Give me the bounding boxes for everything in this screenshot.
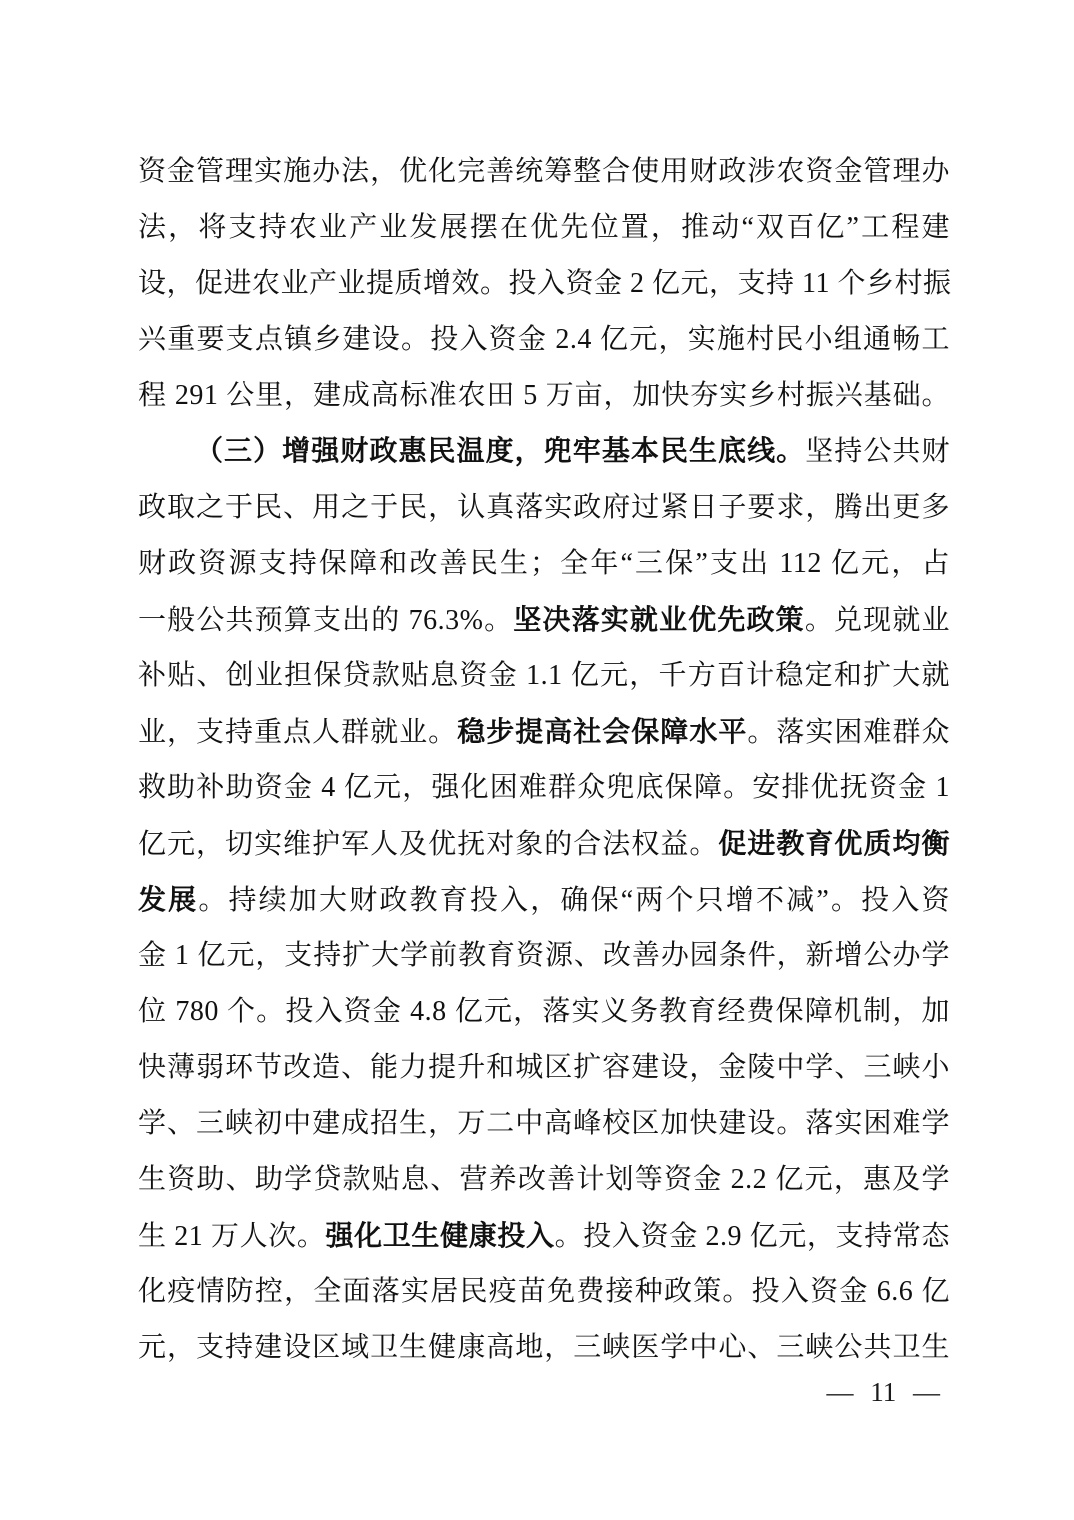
body-text: 快薄弱环节改造、能力提升和城区扩容建设，金陵中学、三峡小	[138, 1052, 950, 1083]
body-text: 位 780 个。投入资金 4.8 亿元，落实义务教育经费保障机制，加	[138, 996, 950, 1027]
text-line: 一般公共预算支出的 76.3%。坚决落实就业优先政策。兑现就业	[138, 592, 950, 648]
body-text: 资金管理实施办法，优化完善统筹整合使用财政涉农资金管理办	[138, 156, 950, 187]
body-text: 金 1 亿元，支持扩大学前教育资源、改善办园条件，新增公办学	[138, 940, 950, 971]
text-line: 补贴、创业担保贷款贴息资金 1.1 亿元，千方百计稳定和扩大就	[138, 648, 950, 704]
text-line: 生 21 万人次。强化卫生健康投入。投入资金 2.9 亿元，支持常态	[138, 1208, 950, 1264]
bold-emphasis: 促进教育优质均衡	[718, 828, 950, 859]
body-text: 法，将支持农业产业发展摆在优先位置，推动“双百亿”工程建	[138, 212, 950, 243]
body-text: 生 21 万人次。	[138, 1221, 326, 1252]
text-line: 程 291 公里，建成高标准农田 5 万亩，加快夯实乡村振兴基础。	[138, 368, 950, 424]
text-line: 政取之于民、用之于民，认真落实政府过紧日子要求，腾出更多	[138, 480, 950, 536]
text-line: 化疫情防控，全面落实居民疫苗免费接种政策。投入资金 6.6 亿	[138, 1264, 950, 1320]
body-text: 兴重要支点镇乡建设。投入资金 2.4 亿元，实施村民小组通畅工	[138, 324, 950, 355]
body-text: 亿元，切实维护军人及优抚对象的合法权益。	[138, 829, 718, 860]
text-line: 设，促进农业产业提质增效。投入资金 2 亿元，支持 11 个乡村振	[138, 256, 950, 312]
text-line: 学、三峡初中建成招生，万二中高峰校区加快建设。落实困难学	[138, 1096, 950, 1152]
text-line: 业，支持重点人群就业。稳步提高社会保障水平。落实困难群众	[138, 704, 950, 760]
text-line: 资金管理实施办法，优化完善统筹整合使用财政涉农资金管理办	[138, 144, 950, 200]
body-text: 程 291 公里，建成高标准农田 5 万亩，加快夯实乡村振兴基础。	[138, 380, 950, 411]
text-line: 生资助、助学贷款贴息、营养改善计划等资金 2.2 亿元，惠及学	[138, 1152, 950, 1208]
body-text: 。落实困难群众	[747, 717, 950, 748]
body-text: 设，促进农业产业提质增效。投入资金 2 亿元，支持 11 个乡村振	[138, 268, 951, 299]
bold-emphasis: 发展	[138, 884, 198, 915]
text-line: 发展。持续加大财政教育投入，确保“两个只增不减”。投入资	[138, 872, 950, 928]
section-heading: （三）增强财政惠民温度，兜牢基本民生底线。	[195, 436, 805, 467]
body-text: 。持续加大财政教育投入，确保“两个只增不减”。投入资	[198, 885, 950, 916]
text-line: 财政资源支持保障和改善民生；全年“三保”支出 112 亿元，占	[138, 536, 950, 592]
bold-emphasis: 坚决落实就业优先政策	[513, 604, 805, 635]
body-text: 元，支持建设区域卫生健康高地，三峡医学中心、三峡公共卫生	[138, 1332, 950, 1363]
body-text: 一般公共预算支出的 76.3%。	[138, 605, 513, 636]
text-line: （三）增强财政惠民温度，兜牢基本民生底线。坚持公共财	[138, 424, 950, 480]
body-text: 政取之于民、用之于民，认真落实政府过紧日子要求，腾出更多	[138, 492, 950, 523]
text-line: 金 1 亿元，支持扩大学前教育资源、改善办园条件，新增公办学	[138, 928, 950, 984]
body-text: 化疫情防控，全面落实居民疫苗免费接种政策。投入资金 6.6 亿	[138, 1276, 950, 1307]
body-text: 财政资源支持保障和改善民生；全年“三保”支出 112 亿元，占	[138, 548, 950, 579]
bold-emphasis: 强化卫生健康投入	[326, 1220, 555, 1251]
text-line: 法，将支持农业产业发展摆在优先位置，推动“双百亿”工程建	[138, 200, 950, 256]
body-text: 生资助、助学贷款贴息、营养改善计划等资金 2.2 亿元，惠及学	[138, 1164, 950, 1195]
text-line: 快薄弱环节改造、能力提升和城区扩容建设，金陵中学、三峡小	[138, 1040, 950, 1096]
text-line: 兴重要支点镇乡建设。投入资金 2.4 亿元，实施村民小组通畅工	[138, 312, 950, 368]
document-body: 资金管理实施办法，优化完善统筹整合使用财政涉农资金管理办法，将支持农业产业发展摆…	[138, 144, 950, 1376]
page-number: — 11 —	[827, 1372, 941, 1412]
body-text: 。兑现就业	[805, 605, 950, 636]
body-text: 坚持公共财	[805, 436, 950, 467]
text-line: 救助补助资金 4 亿元，强化困难群众兜底保障。安排优抚资金 1	[138, 760, 950, 816]
body-text: 补贴、创业担保贷款贴息资金 1.1 亿元，千方百计稳定和扩大就	[138, 660, 950, 691]
body-text: 学、三峡初中建成招生，万二中高峰校区加快建设。落实困难学	[138, 1108, 950, 1139]
text-line: 位 780 个。投入资金 4.8 亿元，落实义务教育经费保障机制，加	[138, 984, 950, 1040]
body-text: 业，支持重点人群就业。	[138, 717, 457, 748]
text-line: 亿元，切实维护军人及优抚对象的合法权益。促进教育优质均衡	[138, 816, 950, 872]
text-line: 元，支持建设区域卫生健康高地，三峡医学中心、三峡公共卫生	[138, 1320, 950, 1376]
body-text: 。投入资金 2.9 亿元，支持常态	[555, 1221, 950, 1252]
document-page: 资金管理实施办法，优化完善统筹整合使用财政涉农资金管理办法，将支持农业产业发展摆…	[0, 0, 1074, 1520]
body-text: 救助补助资金 4 亿元，强化困难群众兜底保障。安排优抚资金 1	[138, 772, 950, 803]
bold-emphasis: 稳步提高社会保障水平	[457, 716, 747, 747]
